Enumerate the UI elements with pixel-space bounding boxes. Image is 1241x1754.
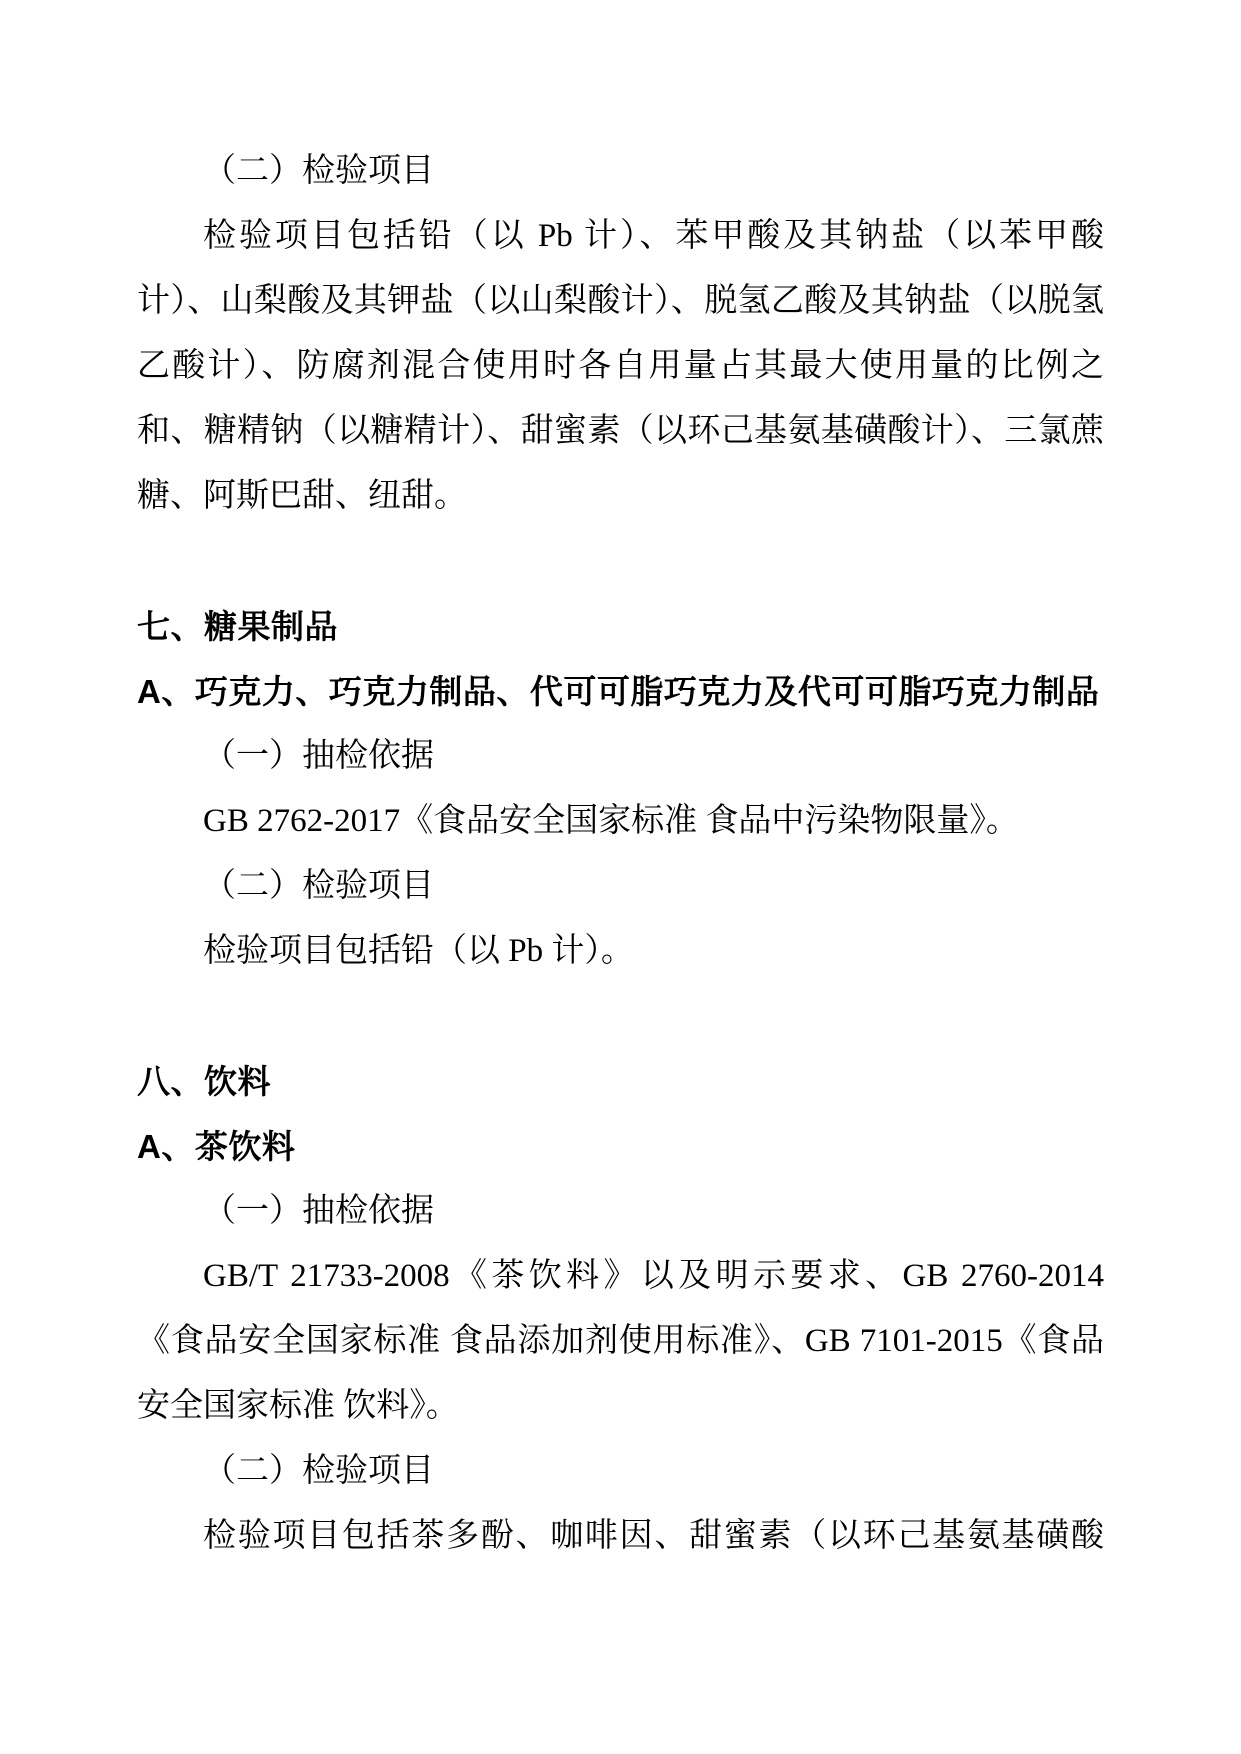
item-label-inspection-items-chocolate: （二）检验项目 xyxy=(137,854,1104,919)
section-heading-beverages: 八、饮料 xyxy=(137,1049,1104,1114)
item-label-sampling-basis: （一）抽检依据 xyxy=(137,724,1104,789)
item-label-inspection-items-tea: （二）检验项目 xyxy=(137,1439,1104,1504)
standard-reference-gb2762-para: GB 2762-2017《食品安全国家标准 食品中污染物限量》。 xyxy=(137,789,1104,854)
section-gap xyxy=(137,984,1104,1049)
preservatives-inspection-items-para: 检验项目包括铅（以 Pb 计）、苯甲酸及其钠盐（以苯甲酸计）、山梨酸及其钾盐（以… xyxy=(137,204,1104,529)
item-label-sampling-basis-tea: （一）抽检依据 xyxy=(137,1179,1104,1244)
section-heading-candy-products: 七、糖果制品 xyxy=(137,594,1104,659)
section-gap xyxy=(137,529,1104,594)
subsection-heading-tea-beverages: A、茶饮料 xyxy=(137,1114,1104,1179)
chocolate-inspection-items-para: 检验项目包括铅（以 Pb 计）。 xyxy=(137,919,1104,984)
subsection-heading-chocolate: A、巧克力、巧克力制品、代可可脂巧克力及代可可脂巧克力制品 xyxy=(137,659,1104,724)
tea-standards-reference-para: GB/T 21733-2008《茶饮料》以及明示要求、GB 2760-2014《… xyxy=(137,1244,1104,1439)
document-page: （二）检验项目 检验项目包括铅（以 Pb 计）、苯甲酸及其钠盐（以苯甲酸计）、山… xyxy=(0,0,1241,1754)
item-label-inspection-items: （二）检验项目 xyxy=(137,139,1104,204)
tea-inspection-items-para: 检验项目包括茶多酚、咖啡因、甜蜜素（以环己基氨基磺酸 xyxy=(137,1504,1104,1569)
